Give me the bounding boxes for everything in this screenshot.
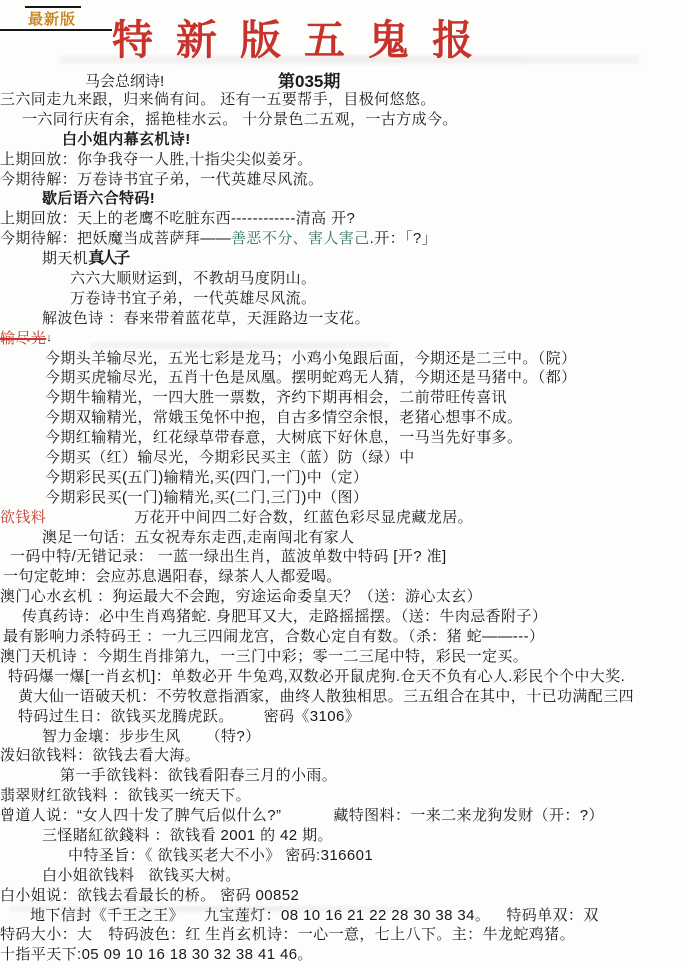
text-segment: 白小姐欲钱料 [42,866,134,886]
doc-line: 今期待解：万卷诗书宜子弟，一代英雄尽风流。 [0,170,688,190]
text-segment: 今期双输精光，常娥玉兔怀中抱，自古多情空余恨，老猪心想事不成。 [45,408,522,428]
doc-line: 万卷诗书宜子弟，一代英雄尽风流。 [70,289,688,309]
text-segment: 中特圣旨：《 欲钱买老大不小》 密码:316601 [68,846,373,866]
text-segment: 善恶不分、害人害己 [231,229,370,249]
text-segment: 万花开中间四二好合数，红蓝色彩尽显虎藏龙居。 [134,508,473,528]
text-segment: ↓ [46,329,52,349]
text-segment: 上期回放：天上的老鹰不吃脏东西------------清高 开? [0,209,355,229]
doc-line: 澳足一句话：五女祝寿东走西,走南闯北有家人 [42,528,688,548]
doc-line: 中特圣旨：《 欲钱买老大不小》 密码:316601 [68,846,688,866]
text-segment: 一码中特/无错记录： 一蓝一绿出生肖，蓝波单数中特码 [开? 准] [10,547,447,567]
doc-line: 十指平天下:05 09 10 16 18 30 32 38 41 46。 [0,945,688,965]
doc-line: 今期牛输精光，一四大胜一票数，齐约下期再相会，二前带旺传喜讯 [45,388,688,408]
doc-line: 三怪賭紅欲錢料 ：欲钱看 2001 的 42 期。 [42,826,688,846]
text-segment: 今期待解：把妖魔当成菩萨拜—— [0,229,231,249]
text-segment: 一句定乾坤：会应苏息遇阳春，绿茶人人都爱喝。 [3,567,342,587]
text-segment: 黄大仙一语破天机：不劳牧意指酒家，曲终人散独相思。三五组合在其中，十已功满配三四 [18,687,634,707]
text-segment: 澳足一句话：五女祝寿东走西,走南闯北有家人 [42,528,355,548]
text-segment: 藏特图料：一来二来龙狗发财（开：?） [333,806,604,826]
text-segment: 特码单双：双 [506,906,598,926]
doc-line: 翡翠财红欲钱料 ：欲钱买一统天下。 [0,786,688,806]
text-segment: 地下信封《千王之王》 [30,906,184,926]
doc-line: 黄大仙一语破天机：不劳牧意指酒家，曲终人散独相思。三五组合在其中，十已功满配三四 [18,687,688,707]
doc-line: 三六同走九来跟，归来倘有问。 还有一五要帮手，目极何悠悠。 [0,90,688,110]
doc-line: 期天机真人子 [42,249,688,269]
doc-line: 智力金壤：步步生风（特?） [42,727,688,747]
text-segment: 密码《3106》 [264,707,361,727]
doc-line: 今期彩民买(五门)输精光,买(四门,一门)中（定） [45,468,688,488]
doc-line: 特码大小：大特码波色：红 生肖玄机诗：一心一意，七上八下。主：牛龙蛇鸡猪。 [0,925,688,945]
latest-edition-badge: 最新版 [28,8,76,29]
text-segment: 泼妇欲钱料：欲钱去看大海。 [0,746,200,766]
text-segment: 一六同行庆有余，摇艳桂水云。 十分景色二五观，一古方成今。 [22,110,458,130]
text-segment: 十指平天下:05 09 10 16 18 30 32 38 41 46。 [0,945,313,965]
doc-line: 今期待解：把妖魔当成菩萨拜——善恶不分、害人害己.开：「?」 [0,229,688,249]
text-segment: 今期头羊输尽光，五光七彩是龙马；小鸡小兔跟后面，今期还是二三中。（院） [45,349,577,369]
doc-line: 地下信封《千王之王》九宝莲灯：08 10 16 21 22 28 30 38 3… [30,906,688,926]
doc-line: 白小姐说：欲钱去看最长的桥。 密码 00852 [0,886,688,906]
doc-line: 一码中特/无错记录： 一蓝一绿出生肖，蓝波单数中特码 [开? 准] [10,547,688,567]
text-segment: 今期买虎输尽光，五肖十色是凤凰。摆明蛇鸡无人猜，今期还是马猪中。（都） [45,368,577,388]
masthead-title: 特新版五鬼报 [112,20,496,61]
text-segment: 特码大小：大 [0,925,92,945]
doc-line: 曾道人说：“女人四十发了脾气后似什么?”藏特图料：一来二来龙狗发财（开：?） [0,806,688,826]
text-segment: 真人子 [88,249,127,269]
doc-line: 澳门天机诗 ：今期生肖排第九，一三门中彩；零一二三尾中特，彩民一定买。 [0,647,688,667]
doc-line: 白小姐欲钱料欲钱买大树。 [42,866,688,886]
doc-line: 六六大顺财运到，不教胡马度阴山。 [70,269,688,289]
issue-number: 第035期 [278,67,340,92]
doc-line: 一六同行庆有余，摇艳桂水云。 十分景色二五观，一古方成今。 [22,110,688,130]
text-segment: 今期彩民买(五门)输精光,买(四门,一门)中（定） [45,468,368,488]
text-segment: 翡翠财红欲钱料 ：欲钱买一统天下。 [0,786,251,806]
doc-line: 欲钱料万花开中间四二好合数，红蓝色彩尽显虎藏龙居。 [0,508,688,528]
doc-line: 第一手欲钱料：欲钱看阳春三月的小雨。 [60,766,688,786]
doc-line: 上期回放：天上的老鹰不吃脏东西------------清高 开? [0,209,688,229]
sheet-header: 最新版 特新版五鬼报 马会总纲诗! 第035期 [0,0,688,90]
text-segment: 特码过生日：欲钱买龙腾虎跃。 [18,707,234,727]
text-segment: 曾道人说：“女人四十发了脾气后似什么?” [0,806,281,826]
doc-line: 传真药诗：必中生肖鸡猪蛇. 身肥耳又大，走路摇摇摆。（送：牛肉忌香附子） [22,607,688,627]
text-segment: 今期待解：万卷诗书宜子弟，一代英雄尽风流。 [0,170,323,190]
doc-line: 今期双输精光，常娥玉兔怀中抱，自古多情空余恨，老猪心想事不成。 [45,408,688,428]
issue-row: 马会总纲诗! 第035期 [0,70,688,90]
doc-line: 今期买（红）输尽光，今期彩民买主（蓝）防（绿）中 [45,448,688,468]
doc-line: 解波色诗 ：春来带着蓝花草，天涯路边一支花。 [42,309,688,329]
doc-line: 歇后语六合特码! [42,189,688,209]
text-segment: 欲钱料 [0,508,46,528]
doc-line: 今期头羊输尽光，五光七彩是龙马；小鸡小兔跟后面，今期还是二三中。（院） [45,349,688,369]
text-segment: 白小姐内幕玄机诗! [62,130,191,150]
text-segment: 今期彩民买(一门)输精光,买(二门,三门)中（图） [45,488,368,508]
text-segment: 三六同走九来跟，归来倘有问。 还有一五要帮手，目极何悠悠。 [0,90,436,110]
text-segment: 上期回放：你争我夺一人胜,十指尖尖似姜牙。 [0,150,313,170]
text-segment: 今期红输精光，红花绿草带春意，大树底下好休息，一马当先好事多。 [45,428,522,448]
text-segment: 六六大顺财运到，不教胡马度阴山。 [70,269,316,289]
text-segment: 第一手欲钱料：欲钱看阳春三月的小雨。 [60,766,337,786]
doc-line: 泼妇欲钱料：欲钱去看大海。 [0,746,688,766]
text-segment: 九宝莲灯：08 10 16 21 22 28 30 38 34。 [204,906,490,926]
text-segment: 特码爆一爆[一肖玄机]：单数必开 牛兔鸡,双数必开鼠虎狗.仓天不负有心人.彩民个… [8,667,625,687]
text-segment: 今期牛输精光，一四大胜一票数，齐约下期再相会，二前带旺传喜讯 [45,388,507,408]
doc-line: 澳门心水玄机 ：狗运最大不会跑，穷途运命委皇天？（送：游心太玄） [0,587,688,607]
document-body: 三六同走九来跟，归来倘有问。 还有一五要帮手，目极何悠悠。一六同行庆有余，摇艳桂… [0,90,688,965]
doc-line: 今期买虎输尽光，五肖十色是凤凰。摆明蛇鸡无人猜，今期还是马猪中。（都） [45,368,688,388]
doc-line: 输尽光↓ [0,329,688,349]
text-segment: 澳门心水玄机 ：狗运最大不会跑，穷途运命委皇天？（送：游心太玄） [0,587,482,607]
text-segment: 白小姐说：欲钱去看最长的桥。 密码 00852 [0,886,299,906]
doc-line: 特码过生日：欲钱买龙腾虎跃。密码《3106》 [18,707,688,727]
scanned-lottery-sheet: 最新版 特新版五鬼报 马会总纲诗! 第035期 三六同走九来跟，归来倘有问。 还… [0,0,688,968]
text-segment: 智力金壤：步步生风 [42,727,181,747]
text-segment: 今期买（红）输尽光，今期彩民买主（蓝）防（绿）中 [45,448,415,468]
text-segment: 三怪賭紅欲錢料 ：欲钱看 2001 的 42 期。 [42,826,333,846]
text-segment: 输尽光 [0,329,46,349]
doc-line: 今期彩民买(一门)输精光,买(二门,三门)中（图） [45,488,688,508]
doc-line: 一句定乾坤：会应苏息遇阳春，绿茶人人都爱喝。 [3,567,688,587]
text-segment: 解波色诗 ：春来带着蓝花草，天涯路边一支花。 [42,309,370,329]
text-segment: 欲钱买大树。 [148,866,240,886]
doc-line: 最有影响力杀特码王 ：一九三四闹龙宫，合数心定自有数。（杀：猪 蛇——---） [3,627,688,647]
text-segment: 特码波色：红 生肖玄机诗：一心一意，七上八下。主：牛龙蛇鸡猪。 [108,925,575,945]
text-segment: 歇后语六合特码! [42,189,155,209]
text-segment: 传真药诗：必中生肖鸡猪蛇. 身肥耳又大，走路摇摇摆。（送：牛肉忌香附子） [22,607,547,627]
general-poem-label: 马会总纲诗! [85,70,164,91]
header-rule-left [0,29,112,31]
doc-line: 今期红输精光，红花绿草带春意，大树底下好休息，一马当先好事多。 [45,428,688,448]
text-segment: 期天机 [42,249,88,269]
text-segment: 万卷诗书宜子弟，一代英雄尽风流。 [70,289,316,309]
text-segment: （特?） [206,727,261,747]
text-segment: 澳门天机诗 ：今期生肖排第九，一三门中彩；零一二三尾中特，彩民一定买。 [0,647,528,667]
text-segment: 最有影响力杀特码王 ：一九三四闹龙宫，合数心定自有数。（杀：猪 蛇——---） [3,627,544,647]
doc-line: 白小姐内幕玄机诗! [62,130,688,150]
doc-line: 上期回放：你争我夺一人胜,十指尖尖似姜牙。 [0,150,688,170]
text-segment: .开：「?」 [370,229,437,249]
doc-line: 特码爆一爆[一肖玄机]：单数必开 牛兔鸡,双数必开鼠虎狗.仓天不负有心人.彩民个… [8,667,688,687]
